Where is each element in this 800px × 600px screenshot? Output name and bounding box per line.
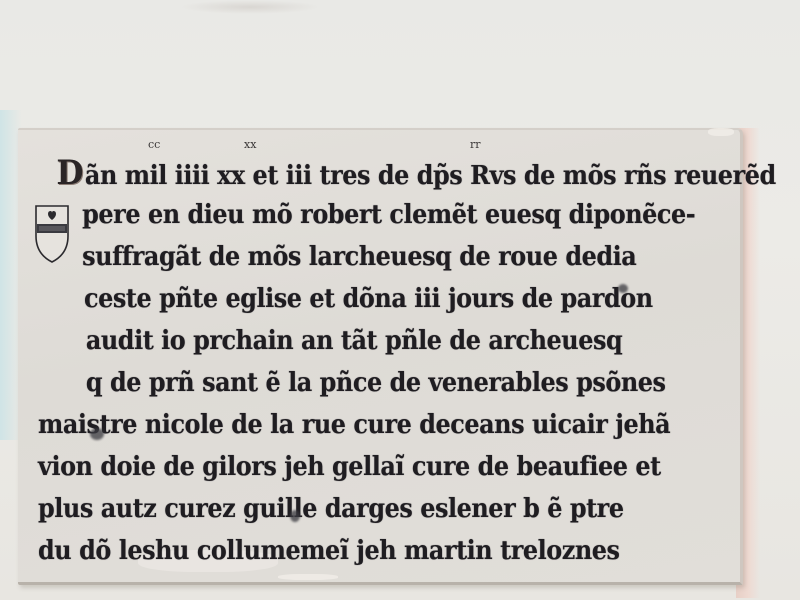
abbreviation-mark: rr (470, 138, 481, 151)
ink-smudge (618, 284, 628, 293)
inscription-line-7: maistre nicole de la rue cure deceans ui… (38, 404, 673, 446)
wall-top-shadow (180, 0, 320, 14)
inscription-line-10: du dõ leshu collumemeĩ jeh martin treloz… (38, 530, 673, 572)
inscription-line-8: vion doie de gilors jeh gellaĩ cure de b… (38, 446, 673, 488)
inscription-line-4: ceste pñte eglise et dõna iii jours de p… (38, 278, 673, 320)
inscription-line-3: suffragãt de mõs larcheuesq de roue dedi… (38, 236, 673, 278)
abbreviation-mark: cc (148, 138, 160, 151)
stone-chip (708, 128, 734, 136)
inscription-line-1: Dãn mil iiii xx et iii tres de dp̃s Rvs … (38, 152, 673, 194)
illuminated-initial: D (56, 152, 83, 194)
abbreviation-mark: xx (244, 138, 256, 151)
inscription-line-9: plus autz curez guille darges eslener b … (38, 488, 673, 530)
inscription-line-5: audit io prchain an tãt pñle de archeues… (38, 320, 673, 362)
inscription-text: Dãn mil iiii xx et iii tres de dp̃s Rvs … (38, 152, 728, 572)
ink-smudge (90, 428, 104, 440)
inscription-line-6: q de prñ sant ẽ la pñce de venerables ps… (38, 362, 673, 404)
stone-chip (278, 574, 338, 580)
ink-smudge (290, 510, 300, 522)
inscription-line-2: pere en dieu mõ robert clemẽt euesq dipo… (38, 194, 673, 236)
stone-plaque: Dãn mil iiii xx et iii tres de dp̃s Rvs … (18, 128, 743, 585)
